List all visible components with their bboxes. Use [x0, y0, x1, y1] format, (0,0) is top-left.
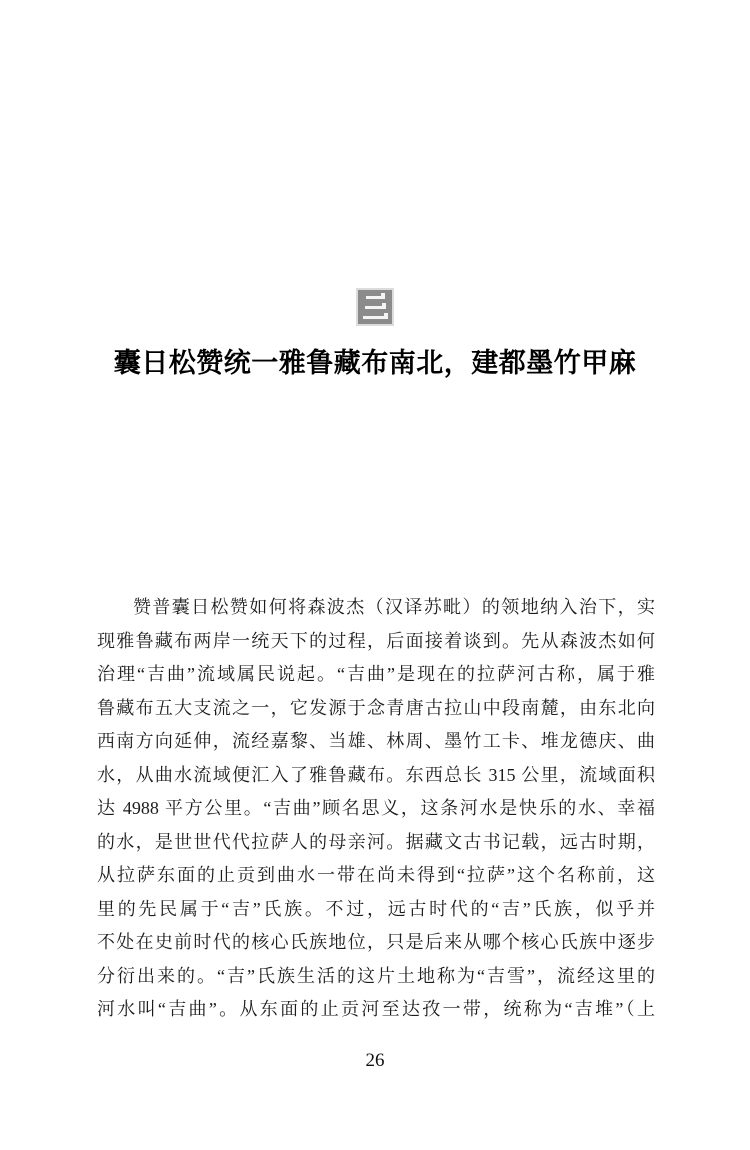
body-paragraph: 赞普囊日松赞如何将森波杰（汉译苏毗）的领地纳入治下，实现雅鲁藏布两岸一统天下的过…	[97, 591, 655, 1027]
chapter-icon-stroke-middle	[365, 306, 386, 309]
body-text-line: 西南方向延伸，流经嘉黎、当雄、林周、墨竹工卡、堆龙德庆、曲	[97, 725, 655, 759]
body-text-line: 现雅鲁藏布两岸一统天下的过程，后面接着谈到。先从森波杰如何	[97, 625, 655, 659]
body-text-line: 河水叫“吉曲”。从东面的止贡河至达孜一带，统称为“吉堆”（上	[97, 993, 655, 1027]
body-text-line: 的水，是世世代代拉萨人的母亲河。据藏文古书记载，远古时期，	[97, 826, 655, 860]
page-number: 26	[0, 1050, 750, 1072]
body-text-line: 鲁藏布五大支流之一，它发源于念青唐古拉山中段南麓，由东北向	[97, 692, 655, 726]
body-text-line: 达 4988 平方公里。“吉曲”顾名思义，这条河水是快乐的水、幸福	[97, 792, 655, 826]
body-text-line: 从拉萨东面的止贡到曲水一带在尚未得到“拉萨”这个名称前，这	[97, 859, 655, 893]
body-text-line: 治理“吉曲”流域属民说起。“吉曲”是现在的拉萨河古称，属于雅	[97, 658, 655, 692]
chapter-title: 囊日松赞统一雅鲁藏布南北，建都墨竹甲麻	[0, 341, 750, 385]
body-text-line: 里的先民属于“吉”氏族。不过，远古时代的“吉”氏族，似乎并	[97, 893, 655, 927]
body-text-line: 分衍出来的。“吉”氏族生活的这片土地称为“吉雪”，流经这里的	[97, 960, 655, 994]
chapter-icon-stroke-top	[366, 296, 385, 299]
body-text-line: 赞普囊日松赞如何将森波杰（汉译苏毗）的领地纳入治下，实	[97, 591, 655, 625]
chapter-number-icon: 三	[356, 288, 394, 326]
body-text-line: 不处在史前时代的核心氏族地位，只是后来从哪个核心氏族中逐步	[97, 926, 655, 960]
chapter-icon-stroke-bottom	[363, 316, 388, 319]
book-page: 三 囊日松赞统一雅鲁藏布南北，建都墨竹甲麻 赞普囊日松赞如何将森波杰（汉译苏毗）…	[0, 0, 750, 1150]
body-text-line: 水，从曲水流域便汇入了雅鲁藏布。东西总长 315 公里，流域面积	[97, 759, 655, 793]
